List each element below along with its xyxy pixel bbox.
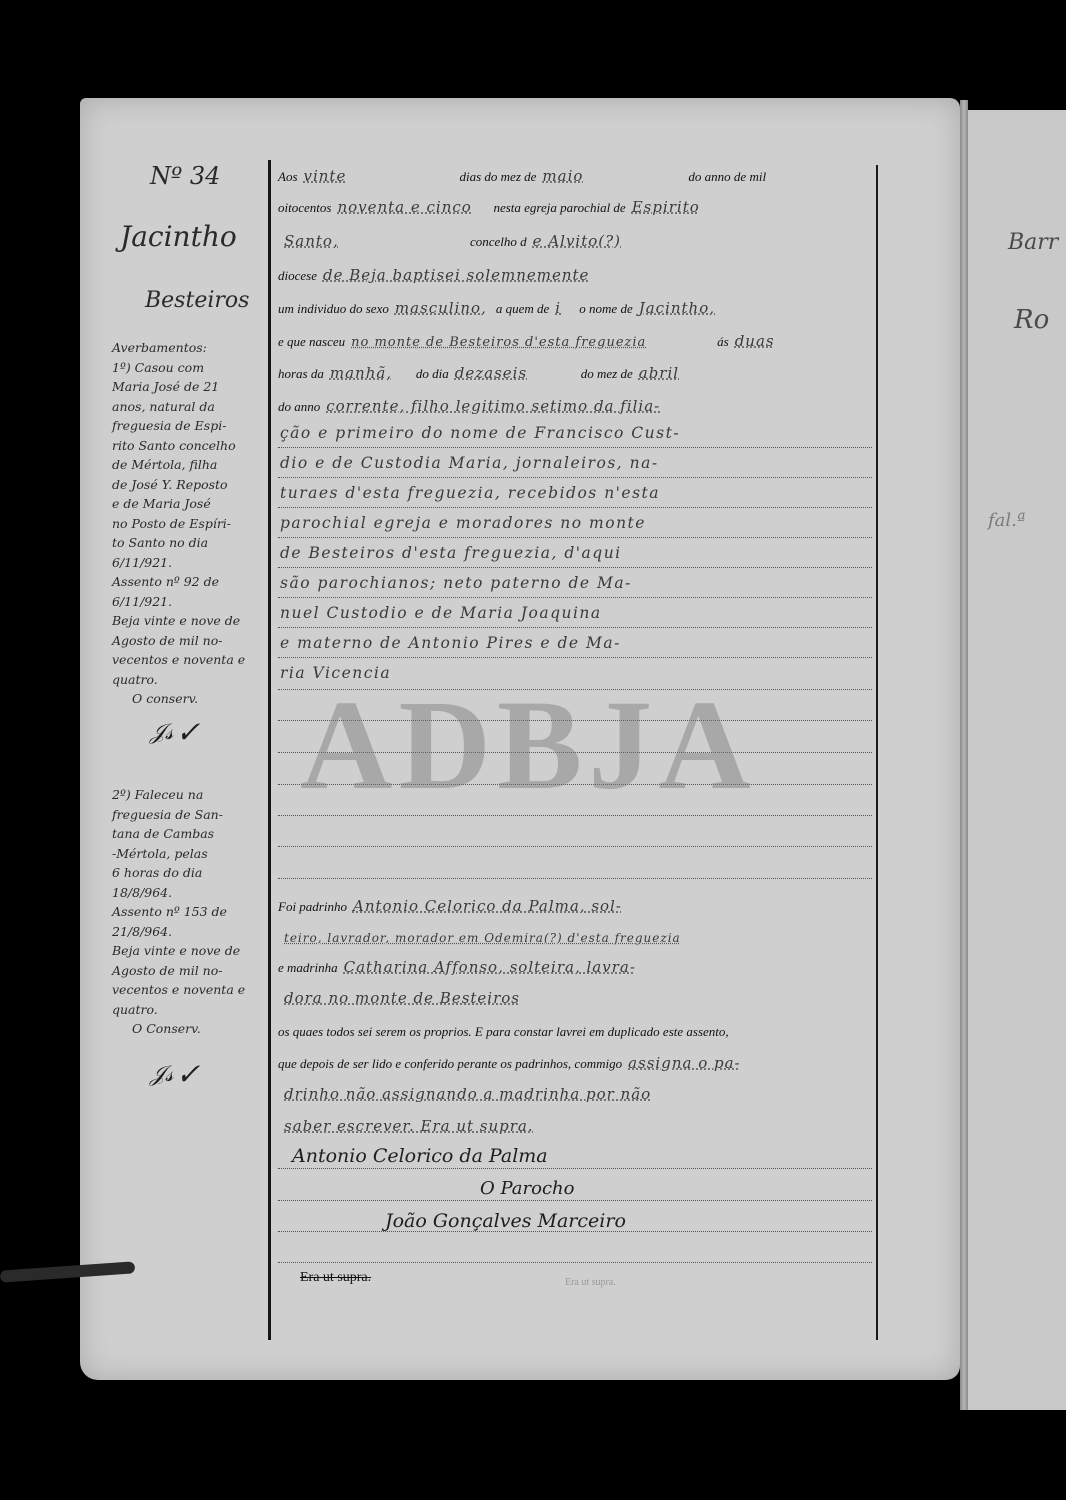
facing-page-fragment: Ro bbox=[1014, 305, 1049, 335]
note-line: 1º) Casou com bbox=[112, 358, 267, 378]
handwritten-day: vinte bbox=[298, 167, 460, 185]
form-line-closing-4: saber escrever. Era ut supra. bbox=[278, 1105, 874, 1135]
handwritten-month: maio bbox=[536, 167, 688, 185]
note-line: Averbamentos: bbox=[112, 338, 267, 358]
body-text: ção e primeiro do nome de Francisco Cust… bbox=[280, 418, 870, 688]
printed-text: concelho d bbox=[470, 234, 527, 250]
entry-number: Nº 34 bbox=[150, 162, 220, 190]
margin-place: Besteiros bbox=[145, 288, 249, 313]
body-line: de Besteiros d'esta freguezia, d'aqui bbox=[280, 538, 870, 568]
form-line-year: oitocentos noventa e cinco nesta egreja … bbox=[278, 186, 874, 216]
note-line: no Posto de Espíri- bbox=[112, 514, 267, 534]
printed-text: Foi padrinho bbox=[278, 899, 347, 915]
form-line-madrinha: e madrinha Catharina Affonso, solteira, … bbox=[278, 946, 874, 976]
form-line-closing-1: os quaes todos sei serem os proprios. E … bbox=[278, 1010, 874, 1040]
handwritten-hour: duas bbox=[729, 332, 801, 350]
signature-title: O Parocho bbox=[480, 1178, 574, 1199]
printed-text: do anno bbox=[278, 399, 320, 415]
handwritten-parish-cont: Santo, bbox=[278, 232, 470, 250]
form-line-closing-3: drinho não assignando a madrinha por não bbox=[278, 1073, 874, 1103]
note-line: e de Maria José bbox=[112, 494, 267, 514]
printed-text: oitocentos bbox=[278, 200, 331, 216]
facing-page-fragment: Barr bbox=[1008, 230, 1058, 255]
note-line: Agosto de mil no- bbox=[112, 961, 267, 981]
printed-text: e madrinha bbox=[278, 960, 338, 976]
note-line: 6/11/921. bbox=[112, 553, 267, 573]
handwritten-diocese: de Beja baptisei solemnemente bbox=[317, 266, 849, 284]
note-line: de Mértola, filha bbox=[112, 455, 267, 475]
ruled-line bbox=[278, 1168, 872, 1169]
form-line-sex-name: um individuo do sexo masculino, a quem d… bbox=[278, 287, 874, 317]
form-line-date: Aos vinte dias do mez de maio do anno de… bbox=[278, 155, 874, 185]
handwritten-madrinha-cont: dora no monte de Besteiros bbox=[278, 989, 874, 1007]
handwritten-child-name: Jacintho, bbox=[633, 299, 765, 317]
printed-text: um individuo do sexo bbox=[278, 301, 389, 317]
note-line: 6/11/921. bbox=[112, 592, 267, 612]
margin-rule bbox=[268, 160, 271, 1340]
signature-padrinho: Antonio Celorico da Palma bbox=[292, 1145, 548, 1167]
note-line: vecentos e noventa e bbox=[112, 650, 267, 670]
handwritten-closing: assigna o pa- bbox=[622, 1054, 804, 1072]
signature-priest: João Gonçalves Marceiro bbox=[385, 1210, 626, 1232]
note-line: Agosto de mil no- bbox=[112, 631, 267, 651]
form-line-padrinho-cont: teiro, lavrador, morador em Odemira(?) d… bbox=[278, 915, 874, 945]
handwritten-birth-day: dezaseis bbox=[449, 364, 581, 382]
note-line: vecentos e noventa e bbox=[112, 980, 267, 1000]
handwritten-filiation: corrente, filho legitimo setimo da filia… bbox=[320, 397, 852, 415]
printed-text: do mez de bbox=[581, 366, 633, 382]
printed-text: diocese bbox=[278, 268, 317, 284]
note-line: tana de Cambas bbox=[112, 824, 267, 844]
printed-text: a quem de bbox=[496, 301, 549, 317]
handwritten-sex: masculino, bbox=[389, 299, 496, 317]
note-line: -Mértola, pelas bbox=[112, 844, 267, 864]
printed-text: nesta egreja parochial de bbox=[493, 200, 625, 216]
note-line: Assento nº 92 de bbox=[112, 572, 267, 592]
printed-text: o nome de bbox=[579, 301, 632, 317]
facing-page-fragment: fal.ª bbox=[988, 510, 1025, 531]
note-line: anos, natural da bbox=[112, 397, 267, 417]
margin-annotation-death: 2º) Faleceu na freguesia de San- tana de… bbox=[112, 785, 267, 1039]
note-line: 2º) Faleceu na bbox=[112, 785, 267, 805]
printed-text: Aos bbox=[278, 169, 298, 185]
handwritten-birth-month: abril bbox=[633, 364, 755, 382]
printed-text: do dia bbox=[416, 366, 449, 382]
printed-text: do anno de mil bbox=[688, 169, 766, 185]
handwritten-birthplace: no monte de Besteiros d'esta freguezia bbox=[345, 335, 717, 350]
form-line-birthplace: e que nasceu no monte de Besteiros d'est… bbox=[278, 320, 874, 350]
book-spine bbox=[960, 100, 968, 1410]
body-line: são parochianos; neto paterno de Ma- bbox=[280, 568, 870, 598]
form-line-diocese: diocese de Beja baptisei solemnemente bbox=[278, 254, 874, 284]
note-line: 21/8/964. bbox=[112, 922, 267, 942]
conservator-signature-1: 𝒥𝓈 ✓ bbox=[150, 720, 197, 745]
note-line: 6 horas do dia bbox=[112, 863, 267, 883]
archive-watermark: ADBJA bbox=[300, 672, 757, 819]
note-line: quatro. bbox=[112, 1000, 267, 1020]
handwritten-madrinha: Catharina Affonso, solteira, lavra- bbox=[338, 958, 850, 976]
body-line: turaes d'esta freguezia, recebidos n'est… bbox=[280, 478, 870, 508]
body-line: dio e de Custodia Maria, jornaleiros, na… bbox=[280, 448, 870, 478]
ruled-line bbox=[278, 1200, 872, 1201]
printed-text: dias do mez de bbox=[460, 169, 537, 185]
note-line: O Conserv. bbox=[112, 1019, 267, 1039]
handwritten-closing: drinho não assignando a madrinha por não bbox=[278, 1085, 874, 1103]
faint-print: Era ut supra. bbox=[565, 1277, 616, 1288]
printed-text: ás bbox=[717, 334, 729, 350]
right-rule bbox=[876, 165, 878, 1340]
form-line-closing-2: que depois de ser lido e conferido peran… bbox=[278, 1042, 874, 1072]
printed-text: que depois de ser lido e conferido peran… bbox=[278, 1056, 622, 1072]
handwritten-parish: Espirito bbox=[626, 198, 788, 216]
printed-text: os quaes todos sei serem os proprios. E … bbox=[278, 1024, 729, 1040]
note-line: quatro. bbox=[112, 670, 267, 690]
note-line: rito Santo concelho bbox=[112, 436, 267, 456]
facing-page: Barr Ro fal.ª bbox=[966, 110, 1066, 1410]
margin-annotation-marriage: Averbamentos: 1º) Casou com Maria José d… bbox=[112, 338, 267, 709]
note-line: to Santo no dia bbox=[112, 533, 267, 553]
ruled-line bbox=[278, 878, 872, 879]
ruled-line bbox=[278, 1262, 872, 1263]
form-line-concelho: Santo, concelho d e Alvito(?) bbox=[278, 220, 874, 250]
margin-name: Jacintho bbox=[120, 220, 237, 253]
conservator-signature-2: 𝒥𝓈 ✓ bbox=[150, 1062, 197, 1087]
printed-text: horas da bbox=[278, 366, 324, 382]
printed-text: e que nasceu bbox=[278, 334, 345, 350]
handwritten-padrinho: Antonio Celorico da Palma, sol- bbox=[347, 897, 849, 915]
note-line: Maria José de 21 bbox=[112, 377, 267, 397]
handwritten-year: noventa e cinco bbox=[331, 198, 493, 216]
form-line-birthdate: horas da manhã, do dia dezaseis do mez d… bbox=[278, 352, 874, 382]
handwritten-concelho: e Alvito(?) bbox=[527, 232, 829, 250]
handwritten-padrinho-cont: teiro, lavrador, morador em Odemira(?) d… bbox=[278, 931, 874, 945]
note-line: Beja vinte e nove de bbox=[112, 941, 267, 961]
note-line: Beja vinte e nove de bbox=[112, 611, 267, 631]
note-line: freguesia de Espi- bbox=[112, 416, 267, 436]
note-line: freguesia de San- bbox=[112, 805, 267, 825]
ruled-line bbox=[278, 846, 872, 847]
form-line-filiation: do anno corrente, filho legitimo setimo … bbox=[278, 385, 874, 415]
body-line: ção e primeiro do nome de Francisco Cust… bbox=[280, 418, 870, 448]
note-line: O conserv. bbox=[112, 689, 267, 709]
handwritten-period: manhã, bbox=[324, 364, 416, 382]
body-line: nuel Custodio e de Maria Joaquina bbox=[280, 598, 870, 628]
handwritten-closing: saber escrever. Era ut supra. bbox=[278, 1117, 874, 1135]
note-line: 18/8/964. bbox=[112, 883, 267, 903]
era-ut-supra: Era ut supra. bbox=[300, 1270, 371, 1286]
body-line: parochial egreja e moradores no monte bbox=[280, 508, 870, 538]
note-line: de José Y. Reposto bbox=[112, 475, 267, 495]
handwritten-de: i bbox=[549, 299, 579, 317]
form-line-padrinho: Foi padrinho Antonio Celorico da Palma, … bbox=[278, 885, 874, 915]
body-line: e materno de Antonio Pires e de Ma- bbox=[280, 628, 870, 658]
note-line: Assento nº 153 de bbox=[112, 902, 267, 922]
form-line-madrinha-cont: dora no monte de Besteiros bbox=[278, 977, 874, 1007]
